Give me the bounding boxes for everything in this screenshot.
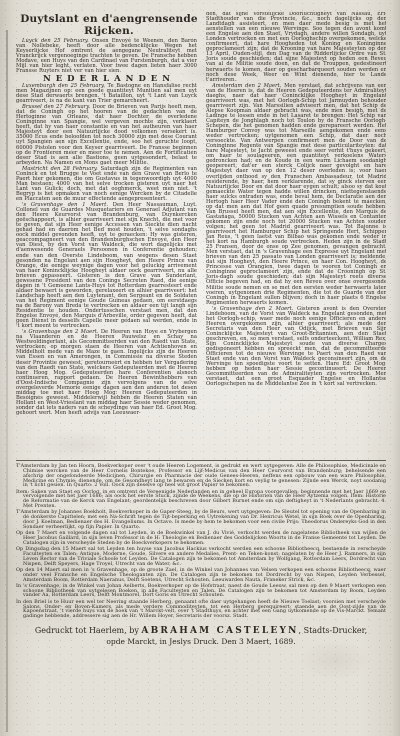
advertisements-section: T'Amsterdam by Jan ten Hoorn, Boekverkop…	[16, 464, 386, 619]
advertisement: T'Amsterdam by Johannes Boekholt, Boekve…	[16, 510, 386, 529]
news-paragraph: 's Gravenhage den 2 Maert. Gisteren avon…	[206, 307, 386, 388]
advertisement: In den Briel is te Huur een wel ter Neer…	[16, 600, 386, 619]
printer-name: ABRAHAM CASTELEYN	[141, 626, 298, 636]
news-paragraph: Luxemburgh den 25 February. Te Bastogne …	[16, 84, 197, 104]
advertisement: T'Amsterdam by Jan ten Hoorn, Boekverkop…	[16, 464, 386, 488]
newspaper-scan: { "paper": { "title": "Duytslant en d'ae…	[0, 0, 400, 736]
colophon-line2: opde Marckt, in Jeslys Druck. Den 3 Maer…	[16, 637, 386, 646]
colophon-prefix: Gedruckt tot Haerlem, by	[35, 626, 142, 635]
paragraph-text: Saturdagh zijn de Regimenten van Coninck…	[16, 166, 197, 202]
news-paragraph: Brussel den 27 February. Door de Brieven…	[16, 105, 197, 166]
advertisement: In 's Gravenhage, in de Winkel van Johan…	[16, 584, 386, 599]
news-paragraph: 's Gravenhage den 1 Maert. Den Heer Nass…	[16, 203, 197, 329]
colophon-suffix: , Stadts-Drucker,	[299, 626, 368, 635]
section-header: NEDERLANDEN	[16, 77, 197, 82]
newspaper-page: Duytslant en d'aengrensende Rijcken. Luy…	[0, 0, 400, 736]
advertisement: Op den 7 Maert en volgende dagen sal tot…	[16, 531, 386, 546]
paragraph-text: den, dat sijne Vorstelijcke Doorluchtigh…	[206, 12, 386, 83]
news-paragraph: den, dat sijne Vorstelijcke Doorluchtigh…	[206, 12, 386, 83]
right-column: den, dat sijne Vorstelijcke Doorluchtigh…	[206, 12, 386, 456]
ads-separator	[16, 460, 386, 461]
advertisement: Op den 14 Maert sal men in 's Gravenhage…	[16, 568, 386, 583]
advertisement: Op Dingsdag den 15 Maert sal tot Leyden …	[16, 547, 386, 566]
paragraph-text: Men verstaet, dat schrijvens van een van…	[206, 83, 386, 306]
news-paragraph: Amsterdam den 2 Maert. Men verstaet, dat…	[206, 84, 386, 306]
news-paragraph: Luyck den 25 February. Onsen Envoyé te W…	[16, 39, 197, 74]
paragraph-text: De Heeren van Hoye en Vrybergen na Vlaan…	[16, 329, 197, 416]
paragraph-text: Onsen Envoyé te Weenen, den Baron van No…	[16, 38, 197, 74]
left-column: Duytslant en d'aengrensende Rijcken. Luy…	[16, 12, 197, 456]
paragraph-text: Door de Brieven van Parijs heeft men, da…	[16, 104, 197, 166]
paragraph-text: Gisteren avont is den Oversten Lindeboom…	[206, 306, 386, 388]
news-paragraph: 's Gravenhage den 2 Maert. De Heeren van…	[16, 330, 197, 416]
colophon-line1: Gedruckt tot Haerlem, by ABRAHAM CASTELE…	[16, 626, 386, 637]
colophon: Gedruckt tot Haerlem, by ABRAHAM CASTELE…	[16, 626, 386, 647]
advertisement: Item: Saken van Staet en Oorlog, in en o…	[16, 490, 386, 509]
page-title: Duytslant en d'aengrensende Rijcken.	[16, 14, 202, 37]
paragraph-text: Den Heer Nassauman, Luyt. Collonel van d…	[16, 202, 197, 329]
news-columns: Duytslant en d'aengrensende Rijcken. Luy…	[16, 12, 386, 456]
news-paragraph: Mastricht den 28 February. Saturdagh zij…	[16, 167, 197, 202]
